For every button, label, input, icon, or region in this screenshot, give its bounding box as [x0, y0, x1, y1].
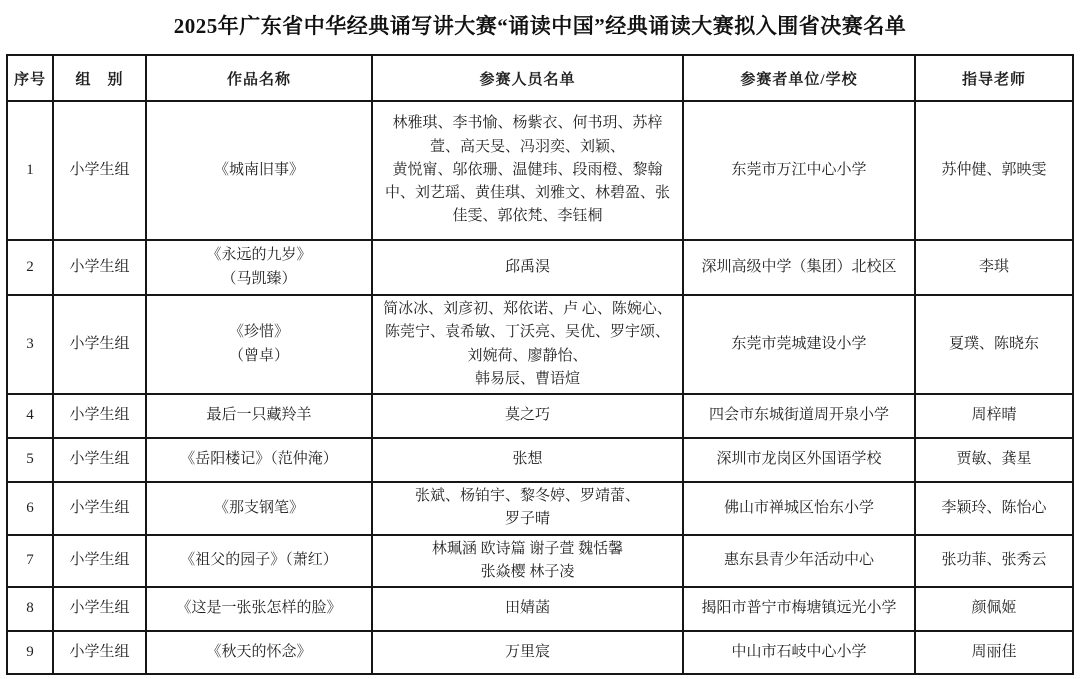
table-row: 2小学生组《永远的九岁》 （马凯臻）邱禹淏深圳高级中学（集团）北校区李琪	[7, 240, 1073, 295]
cell-work: 《那支钢笔》	[146, 482, 372, 535]
cell-participants: 田婧菡	[372, 587, 683, 631]
cell-work: 最后一只藏羚羊	[146, 394, 372, 438]
cell-school: 东莞市万江中心小学	[683, 101, 915, 240]
header-work-title: 作品名称	[146, 55, 372, 101]
cell-group: 小学生组	[53, 394, 146, 438]
header-group: 组 别	[53, 55, 146, 101]
cell-participants: 林雅琪、李书愉、杨紫衣、何书玥、苏梓萱、高天旻、冯羽奕、刘颖、 黄悦甯、邬依珊、…	[372, 101, 683, 240]
cell-school: 深圳市龙岗区外国语学校	[683, 438, 915, 482]
cell-group: 小学生组	[53, 535, 146, 588]
cell-work: 《秋天的怀念》	[146, 631, 372, 674]
cell-group: 小学生组	[53, 295, 146, 394]
finalists-table: 序号 组 别 作品名称 参赛人员名单 参赛者单位/学校 指导老师 1小学生组《城…	[6, 54, 1074, 675]
cell-no: 1	[7, 101, 53, 240]
cell-school: 揭阳市普宁市梅塘镇远光小学	[683, 587, 915, 631]
cell-school: 中山市石岐中心小学	[683, 631, 915, 674]
cell-no: 3	[7, 295, 53, 394]
table-row: 1小学生组《城南旧事》林雅琪、李书愉、杨紫衣、何书玥、苏梓萱、高天旻、冯羽奕、刘…	[7, 101, 1073, 240]
table-body: 1小学生组《城南旧事》林雅琪、李书愉、杨紫衣、何书玥、苏梓萱、高天旻、冯羽奕、刘…	[7, 101, 1073, 674]
cell-no: 2	[7, 240, 53, 295]
cell-school: 佛山市禅城区怡东小学	[683, 482, 915, 535]
cell-group: 小学生组	[53, 101, 146, 240]
cell-teachers: 贾敏、龚星	[915, 438, 1073, 482]
table-row: 6小学生组《那支钢笔》张斌、杨铂宇、黎冬婷、罗靖蕾、 罗子晴佛山市禅城区怡东小学…	[7, 482, 1073, 535]
page-title: 2025年广东省中华经典诵写讲大赛“诵读中国”经典诵读大赛拟入围省决赛名单	[0, 0, 1080, 40]
cell-group: 小学生组	[53, 438, 146, 482]
cell-no: 9	[7, 631, 53, 674]
table-header-row: 序号 组 别 作品名称 参赛人员名单 参赛者单位/学校 指导老师	[7, 55, 1073, 101]
table-row: 7小学生组《祖父的园子》（萧红）林珮涵 欧诗篇 谢子萱 魏恬馨 张焱樱 林子凌惠…	[7, 535, 1073, 588]
cell-teachers: 苏仲健、郭映雯	[915, 101, 1073, 240]
cell-work: 《岳阳楼记》（范仲淹）	[146, 438, 372, 482]
cell-participants: 简冰冰、刘彦初、郑依诺、卢 心、陈婉心、陈莞宁、袁希敏、丁沃亮、吴优、罗宇颂、刘…	[372, 295, 683, 394]
cell-work: 《永远的九岁》 （马凯臻）	[146, 240, 372, 295]
cell-group: 小学生组	[53, 482, 146, 535]
cell-group: 小学生组	[53, 587, 146, 631]
table-row: 5小学生组《岳阳楼记》（范仲淹）张想深圳市龙岗区外国语学校贾敏、龚星	[7, 438, 1073, 482]
document-page: 2025年广东省中华经典诵写讲大赛“诵读中国”经典诵读大赛拟入围省决赛名单 序号…	[0, 0, 1080, 679]
cell-participants: 万里宸	[372, 631, 683, 674]
header-participants: 参赛人员名单	[372, 55, 683, 101]
cell-no: 8	[7, 587, 53, 631]
cell-teachers: 李颖玲、陈怡心	[915, 482, 1073, 535]
cell-teachers: 周梓晴	[915, 394, 1073, 438]
cell-group: 小学生组	[53, 240, 146, 295]
cell-teachers: 夏璞、陈晓东	[915, 295, 1073, 394]
cell-no: 7	[7, 535, 53, 588]
cell-school: 惠东县青少年活动中心	[683, 535, 915, 588]
cell-school: 东莞市莞城建设小学	[683, 295, 915, 394]
cell-work: 《珍惜》 （曾卓）	[146, 295, 372, 394]
cell-participants: 张想	[372, 438, 683, 482]
table-row: 8小学生组《这是一张张怎样的脸》田婧菡揭阳市普宁市梅塘镇远光小学颜佩姬	[7, 587, 1073, 631]
cell-teachers: 颜佩姬	[915, 587, 1073, 631]
cell-teachers: 张功菲、张秀云	[915, 535, 1073, 588]
cell-no: 4	[7, 394, 53, 438]
table-row: 4小学生组最后一只藏羚羊莫之巧四会市东城街道周开泉小学周梓晴	[7, 394, 1073, 438]
cell-work: 《祖父的园子》（萧红）	[146, 535, 372, 588]
header-school: 参赛者单位/学校	[683, 55, 915, 101]
cell-school: 深圳高级中学（集团）北校区	[683, 240, 915, 295]
cell-teachers: 周丽佳	[915, 631, 1073, 674]
cell-group: 小学生组	[53, 631, 146, 674]
cell-work: 《这是一张张怎样的脸》	[146, 587, 372, 631]
table-row: 3小学生组《珍惜》 （曾卓）简冰冰、刘彦初、郑依诺、卢 心、陈婉心、陈莞宁、袁希…	[7, 295, 1073, 394]
cell-participants: 张斌、杨铂宇、黎冬婷、罗靖蕾、 罗子晴	[372, 482, 683, 535]
header-no: 序号	[7, 55, 53, 101]
cell-participants: 林珮涵 欧诗篇 谢子萱 魏恬馨 张焱樱 林子凌	[372, 535, 683, 588]
cell-participants: 邱禹淏	[372, 240, 683, 295]
header-teacher: 指导老师	[915, 55, 1073, 101]
cell-teachers: 李琪	[915, 240, 1073, 295]
cell-school: 四会市东城街道周开泉小学	[683, 394, 915, 438]
table-row: 9小学生组《秋天的怀念》万里宸中山市石岐中心小学周丽佳	[7, 631, 1073, 674]
cell-work: 《城南旧事》	[146, 101, 372, 240]
cell-no: 5	[7, 438, 53, 482]
cell-no: 6	[7, 482, 53, 535]
cell-participants: 莫之巧	[372, 394, 683, 438]
